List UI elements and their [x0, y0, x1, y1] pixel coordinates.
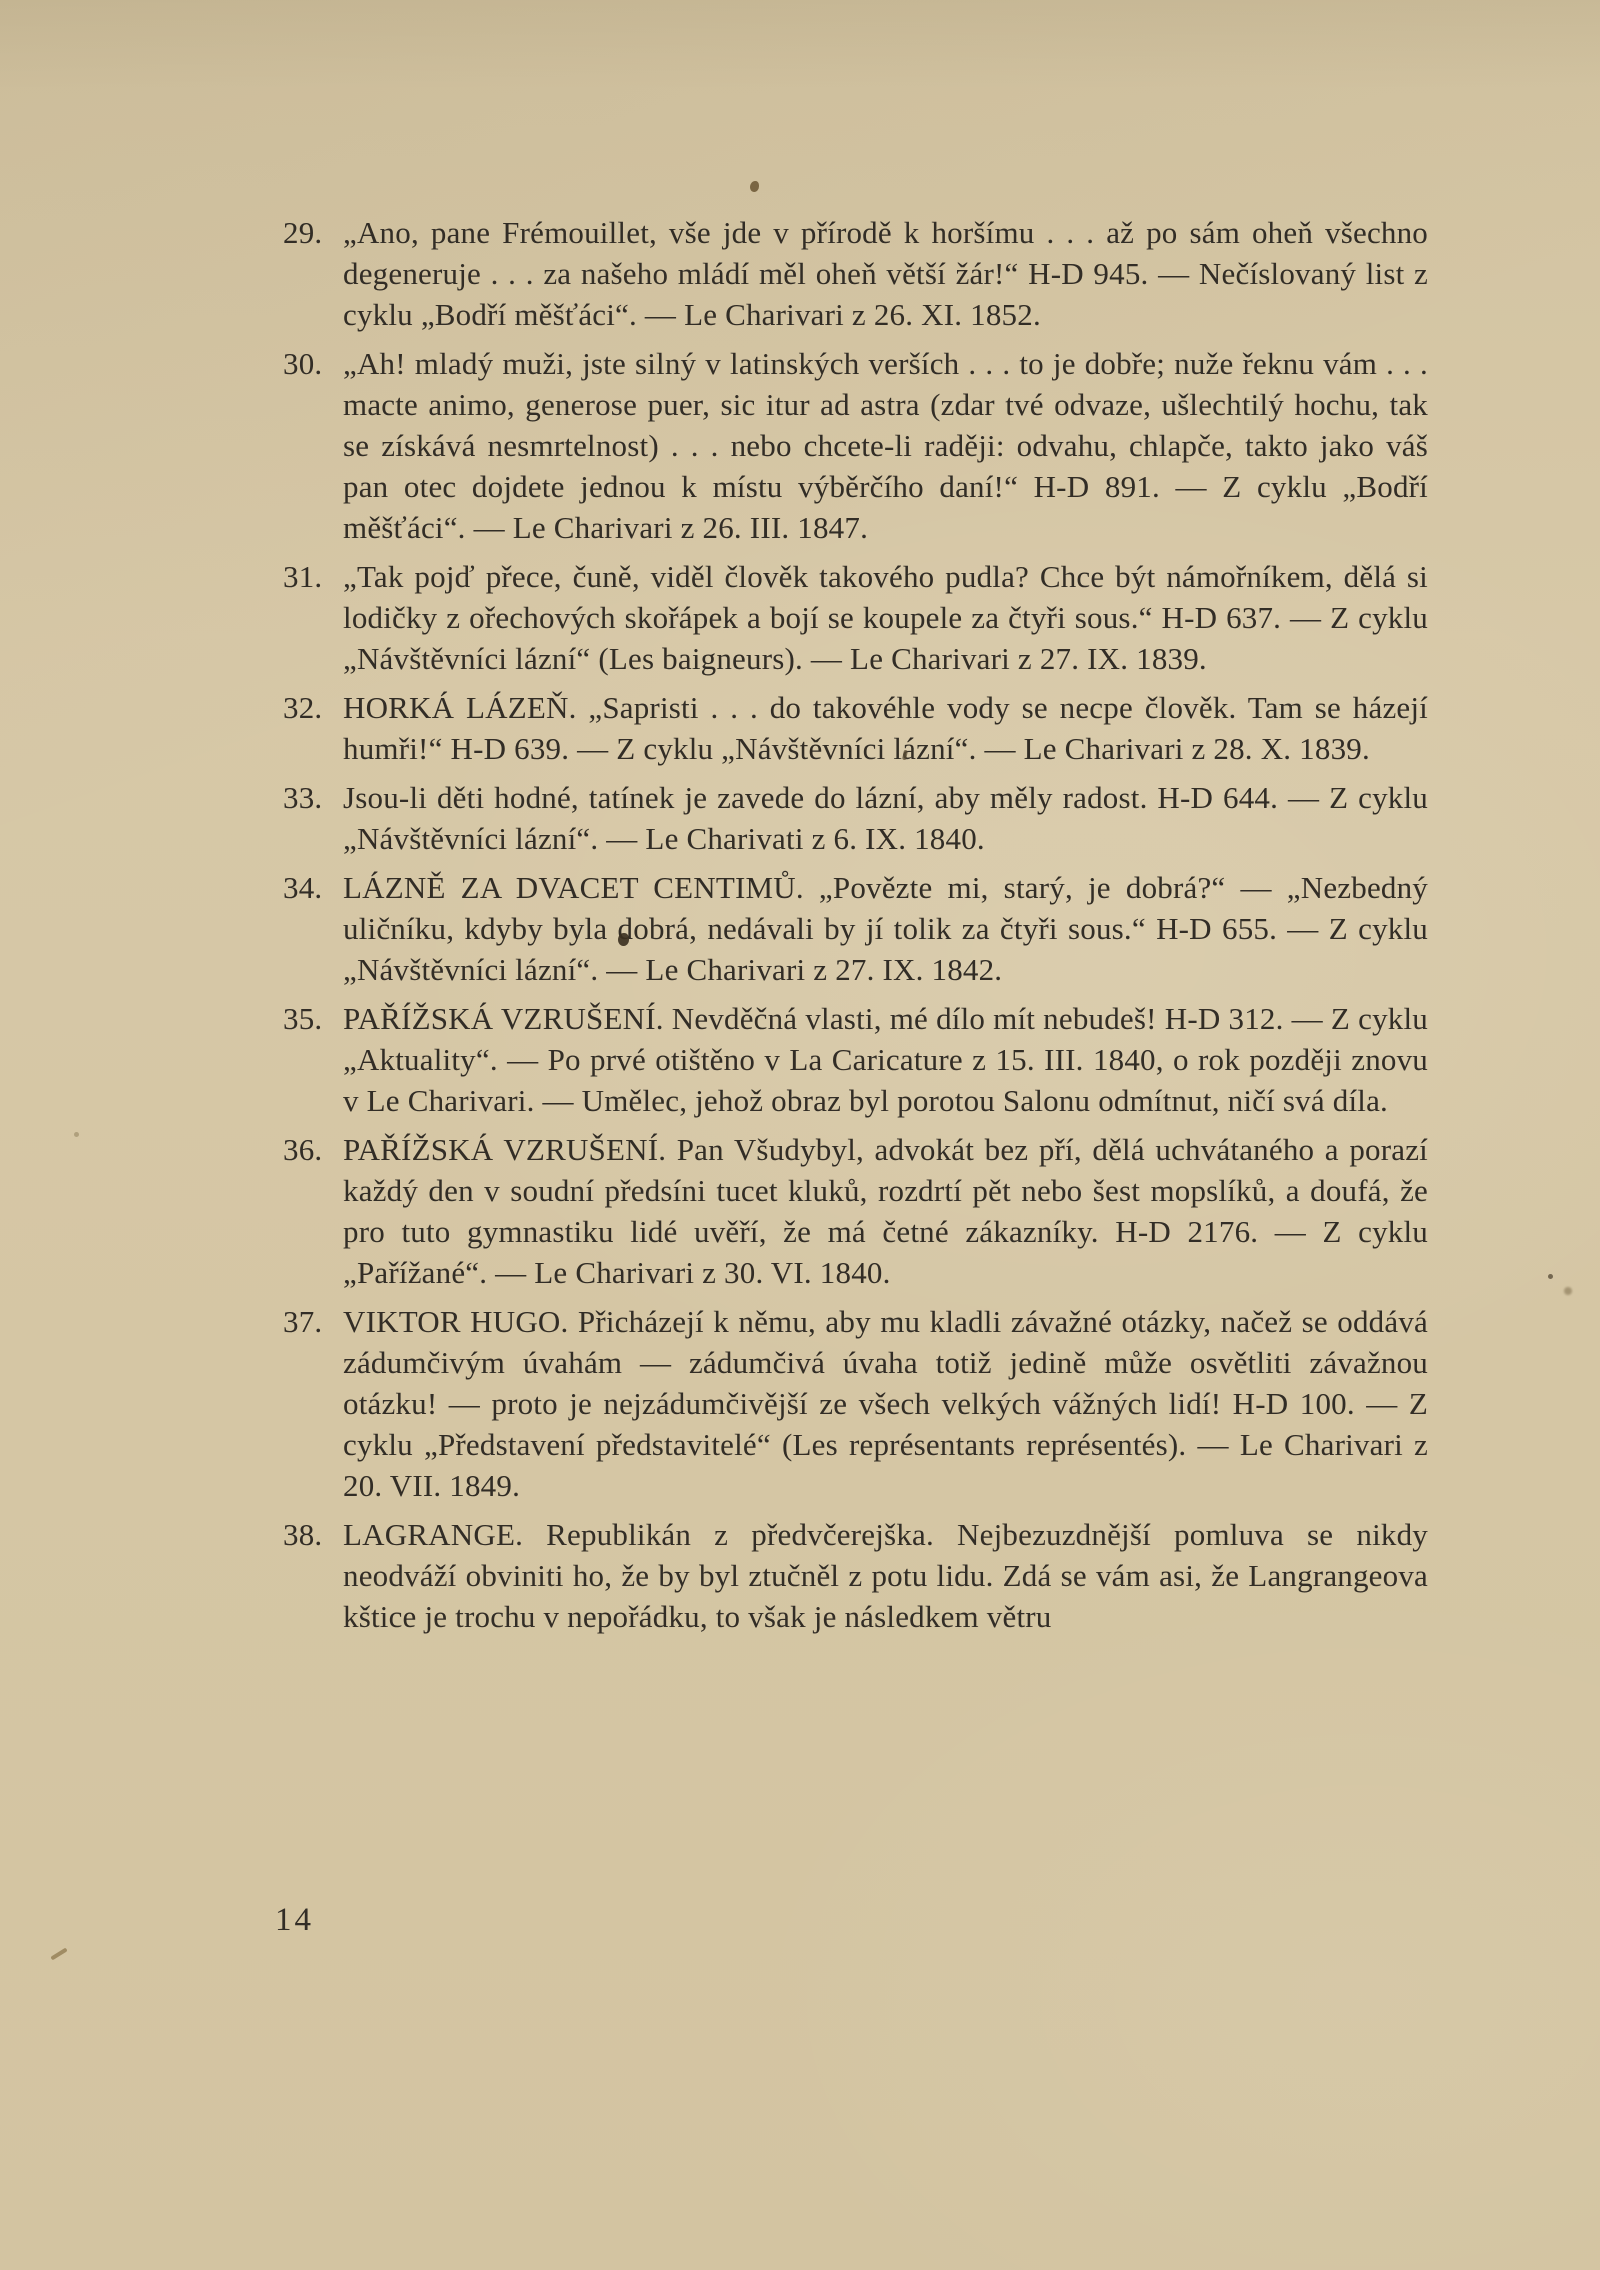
entry-number: 35.	[283, 998, 343, 1121]
entry-text: VIKTOR HUGO. Přicházejí k němu, aby mu k…	[343, 1301, 1428, 1506]
catalog-entry: 31. „Tak pojď přece, čuně, viděl člověk …	[283, 556, 1428, 679]
entry-text: „Tak pojď přece, čuně, viděl člověk tako…	[343, 556, 1428, 679]
entry-number: 38.	[283, 1514, 343, 1637]
entry-text: PAŘÍŽSKÁ VZRUŠENÍ. Nevděčná vlasti, mé d…	[343, 998, 1428, 1121]
ink-speck	[74, 1132, 79, 1137]
ink-speck	[1548, 1274, 1553, 1279]
catalog-entry: 38. LAGRANGE. Republikán z předvčerejška…	[283, 1514, 1428, 1637]
entry-text: Jsou-li děti hodné, tatínek je zavede do…	[343, 777, 1428, 859]
catalog-entry: 33. Jsou-li děti hodné, tatínek je zaved…	[283, 777, 1428, 859]
entry-number: 33.	[283, 777, 343, 859]
catalog-entry: 30. „Ah! mladý muži, jste silný v latins…	[283, 343, 1428, 548]
entry-text: LÁZNĚ ZA DVACET CENTIMŮ. „Povězte mi, st…	[343, 867, 1428, 990]
entry-text: HORKÁ LÁZEŇ. „Sapristi . . . do takovéhl…	[343, 687, 1428, 769]
catalog-entry: 36. PAŘÍŽSKÁ VZRUŠENÍ. Pan Všudybyl, adv…	[283, 1129, 1428, 1293]
catalog-entry-list: 29. „Ano, pane Frémouillet, vše jde v př…	[283, 212, 1428, 1645]
entry-number: 32.	[283, 687, 343, 769]
ink-speck	[750, 181, 759, 192]
entry-text: „Ano, pane Frémouillet, vše jde v přírod…	[343, 212, 1428, 335]
entry-number: 30.	[283, 343, 343, 548]
catalog-entry: 29. „Ano, pane Frémouillet, vše jde v př…	[283, 212, 1428, 335]
ink-speck	[1564, 1287, 1572, 1295]
book-page: 29. „Ano, pane Frémouillet, vše jde v př…	[0, 0, 1600, 2270]
catalog-entry: 34. LÁZNĚ ZA DVACET CENTIMŮ. „Povězte mi…	[283, 867, 1428, 990]
entry-number: 34.	[283, 867, 343, 990]
page-number: 14	[275, 1902, 314, 1939]
catalog-entry: 32. HORKÁ LÁZEŇ. „Sapristi . . . do tako…	[283, 687, 1428, 769]
entry-number: 29.	[283, 212, 343, 335]
catalog-entry: 35. PAŘÍŽSKÁ VZRUŠENÍ. Nevděčná vlasti, …	[283, 998, 1428, 1121]
entry-number: 31.	[283, 556, 343, 679]
entry-text: LAGRANGE. Republikán z předvčerejška. Ne…	[343, 1514, 1428, 1637]
catalog-entry: 37. VIKTOR HUGO. Přicházejí k němu, aby …	[283, 1301, 1428, 1506]
entry-number: 37.	[283, 1301, 343, 1506]
paper-fiber-mark	[50, 1948, 67, 1961]
entry-number: 36.	[283, 1129, 343, 1293]
entry-text: „Ah! mladý muži, jste silný v latinských…	[343, 343, 1428, 548]
entry-text: PAŘÍŽSKÁ VZRUŠENÍ. Pan Všudybyl, advokát…	[343, 1129, 1428, 1293]
